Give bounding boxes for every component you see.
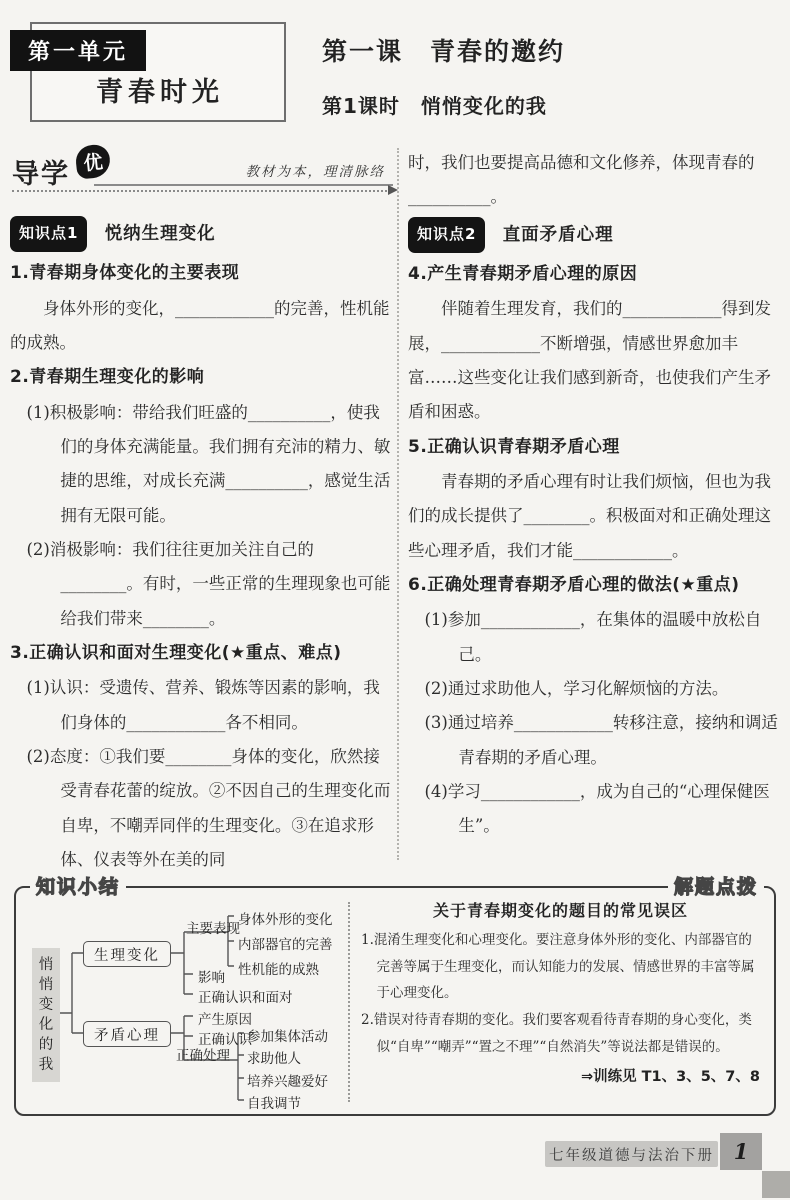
tips-point-2: 2.错误对待青春期的变化。我们要客观看待青春期的身心变化，类似“自卑”“嘲弄”“… xyxy=(361,1007,760,1060)
item2-title: 2.青春期生理变化的影响 xyxy=(10,360,393,395)
tips-panel: 关于青春期变化的题目的常见误区 1.混淆生理变化和心理变化。要注意身体外形的变化… xyxy=(361,896,760,1086)
item3-sub2: (2)态度：①我们要________身体的变化，欣然接受青春花蕾的绽放。②不因自… xyxy=(10,740,393,877)
item4-body: 伴随着生理发育，我们的____________得到发展，____________… xyxy=(408,292,782,429)
item1-title: 1.青春期身体变化的主要表现 xyxy=(10,256,393,291)
footer-page-number: 1 xyxy=(720,1133,762,1170)
unit-title: 青春时光 xyxy=(96,70,224,109)
map-label: 产生原因 xyxy=(198,1008,252,1028)
item6-sub3: (3)通过培养____________转移注意，接纳和调适青春期的矛盾心理。 xyxy=(408,706,782,775)
map-label: 正确认识和面对 xyxy=(198,986,293,1006)
carry-over-text: 时，我们也要提高品德和文化修养，体现青春的__________。 xyxy=(408,146,782,215)
map-label: 正确处理 xyxy=(176,1044,230,1064)
summary-box: 知识小结 解题点拨 悄悄变化的我 生理变化 矛盾心理 主要表现 身体外形的变化 … xyxy=(14,886,776,1116)
item5-body: 青春期的矛盾心理有时让我们烦恼，但也为我们的成长提供了________。积极面对… xyxy=(408,465,782,568)
map-leaf: 培养兴趣爱好 xyxy=(247,1070,328,1090)
guide-logo-badge: 优 xyxy=(74,143,111,179)
map-label: 主要表现 xyxy=(186,917,240,937)
worksheet-page: 第一单元 青春时光 第一课 青春的邀约 第1课时 悄悄变化的我 导学 优 教材为… xyxy=(0,0,790,1200)
map-root-node: 悄悄变化的我 xyxy=(32,948,60,1082)
footer-edge-tab xyxy=(762,1171,790,1198)
item4-title: 4.产生青春期矛盾心理的原因 xyxy=(408,257,782,292)
guide-logo-text: 导学 xyxy=(12,152,70,191)
unit-badge: 第一单元 xyxy=(10,30,146,71)
guide-rule-solid xyxy=(94,184,393,186)
period-title: 第1课时 悄悄变化的我 xyxy=(322,90,547,119)
guide-slogan: 教材为本，理清脉络 xyxy=(246,160,386,180)
map-leaf: 求助他人 xyxy=(247,1047,301,1067)
map-leaf: 身体外形的变化 xyxy=(238,908,333,928)
kp1-badge: 知识点1 xyxy=(10,216,87,252)
tips-point-1: 1.混淆生理变化和心理变化。要注意身体外形的变化、内部器官的完善等属于生理变化，… xyxy=(361,927,760,1007)
column-divider xyxy=(397,148,399,860)
item6-title: 6.正确处理青春期矛盾心理的做法(★重点) xyxy=(408,568,782,603)
kp2-badge: 知识点2 xyxy=(408,217,485,253)
item2-sub2: (2)消极影响：我们往往更加关注自己的________。有时，一些正常的生理现象… xyxy=(10,533,393,636)
map-leaf: 内部器官的完善 xyxy=(238,933,333,953)
mind-map: 悄悄变化的我 生理变化 矛盾心理 主要表现 身体外形的变化 内部器官的完善 性机… xyxy=(26,896,361,1110)
kp2-title: 直面矛盾心理 xyxy=(503,217,614,253)
map-branch2-node: 矛盾心理 xyxy=(83,1021,171,1047)
item5-title: 5.正确认识青春期矛盾心理 xyxy=(408,430,782,465)
knowledge-point-2: 知识点2 直面矛盾心理 xyxy=(408,217,782,253)
tips-divider xyxy=(348,902,350,1102)
tips-title: 关于青春期变化的题目的常见误区 xyxy=(361,898,760,921)
right-column: 时，我们也要提高品德和文化修养，体现青春的__________。 知识点2 直面… xyxy=(408,146,782,843)
footer-book-title: 七年级道德与法治下册 xyxy=(545,1141,718,1167)
map-leaf: 自我调节 xyxy=(247,1092,301,1112)
item6-sub1: (1)参加____________，在集体的温暖中放松自己。 xyxy=(408,603,782,672)
tips-label: 解题点拨 xyxy=(668,872,764,899)
training-reference: ⇒训练见 T1、3、5、7、8 xyxy=(361,1065,760,1086)
kp1-title: 悦纳生理变化 xyxy=(105,216,216,252)
lesson-title: 第一课 青春的邀约 xyxy=(322,32,565,68)
map-leaf: 性机能的成熟 xyxy=(238,958,319,978)
item2-sub1: (1)积极影响：带给我们旺盛的__________，使我们的身体充满能量。我们拥… xyxy=(10,396,393,533)
guide-strip: 导学 优 教材为本，理清脉络 xyxy=(12,150,393,198)
map-branch1-node: 生理变化 xyxy=(83,941,171,967)
item3-title: 3.正确认识和面对生理变化(★重点、难点) xyxy=(10,636,393,671)
map-label: 影响 xyxy=(198,966,225,986)
guide-rule-dotted xyxy=(12,190,391,192)
item6-sub2: (2)通过求助他人，学习化解烦恼的方法。 xyxy=(408,672,782,706)
summary-label: 知识小结 xyxy=(30,872,126,899)
item6-sub4: (4)学习____________，成为自己的“心理保健医生”。 xyxy=(408,775,782,844)
map-leaf: 参加集体活动 xyxy=(247,1025,328,1045)
item1-body: 身体外形的变化，____________的完善，性机能的成熟。 xyxy=(10,292,393,361)
left-column: 知识点1 悦纳生理变化 1.青春期身体变化的主要表现 身体外形的变化，_____… xyxy=(10,214,393,877)
item3-sub1: (1)认识：受遗传、营养、锻炼等因素的影响，我们身体的____________各… xyxy=(10,671,393,740)
knowledge-point-1: 知识点1 悦纳生理变化 xyxy=(10,216,393,252)
